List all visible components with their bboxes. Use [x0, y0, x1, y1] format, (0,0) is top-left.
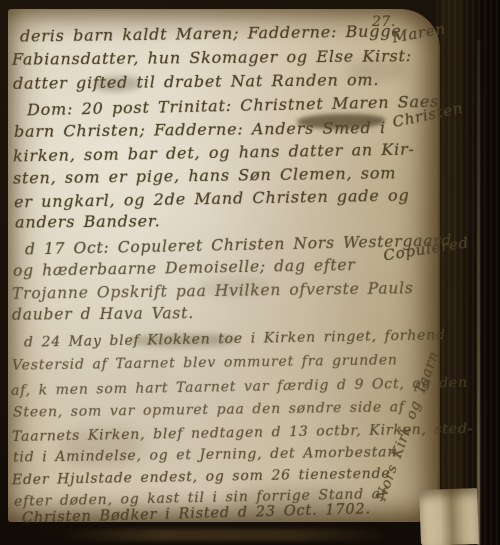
- bottom-shadow-streak: [60, 529, 390, 541]
- book-edge: [436, 0, 500, 545]
- manuscript-photo: 27. Maren Christen Copulered Nors Kirk o…: [0, 0, 500, 545]
- page-edges-highlight: [477, 40, 480, 545]
- manuscript-line: anders Bandser.: [15, 211, 161, 231]
- manuscript-line: dauber d Hava Vast.: [12, 304, 194, 324]
- next-page-corner: [419, 488, 479, 545]
- manuscript-line: datter gifted til drabet Nat Randen om.: [13, 70, 379, 93]
- manuscript-line: barn Christen; Fadderne: Anders Smed i: [14, 118, 386, 141]
- manuscript-line: Fabiansdatter, hun Skomager og Else Kirs…: [12, 46, 412, 68]
